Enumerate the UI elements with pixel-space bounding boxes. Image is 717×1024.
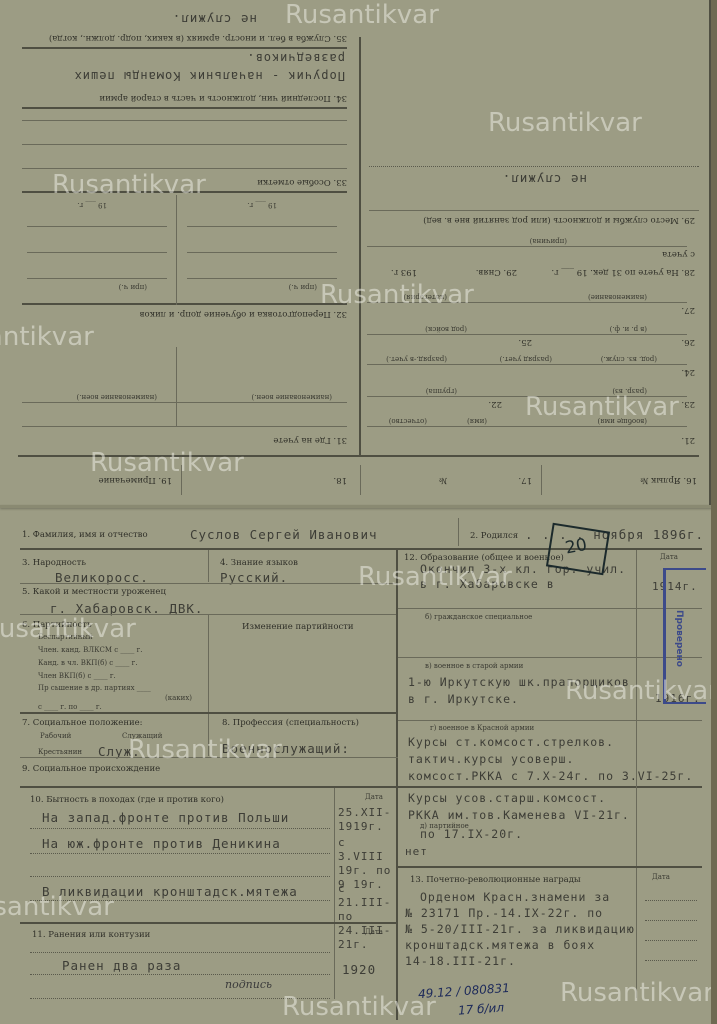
field-29-value: не служил. [502, 172, 587, 187]
field-18-label: 18. [333, 475, 347, 485]
field-11-date: 1920 [342, 962, 376, 977]
field-11-value: Ранен два раза [62, 958, 181, 973]
field-22-label: 22. [488, 399, 502, 409]
field-10-label: 10. Бытность в походах (где и против ког… [30, 795, 224, 805]
field-25-label: 25. [518, 337, 532, 347]
field-24-label: 24. [681, 367, 695, 377]
field-23-label: 23. [681, 399, 695, 409]
fold-line [0, 505, 717, 508]
field-4-label: 4. Знание языков [220, 558, 298, 568]
education-old-army-value: 1-ю Иркутскую шк.прапорщиков в г. Иркутс… [408, 674, 634, 708]
field-13-date-header: Дата [652, 873, 670, 881]
field-31-label: 31. Где на учете [273, 435, 347, 445]
watermark: Rusantikvar [282, 992, 436, 1022]
education-red-army-line-1: Курсы ст.комсост.стрелков. [408, 735, 614, 749]
signature: подпись [225, 978, 272, 991]
field-11-label: 11. Ранения или контузии [32, 930, 150, 940]
field-11-date-header: Дата [365, 928, 383, 936]
field-21-label: 21. [681, 435, 695, 445]
field-3-label: 3. Народность [22, 558, 86, 568]
field-12-date-header: Дата [660, 553, 678, 561]
field-1-value: Суслов Сергей Иванович [190, 527, 378, 542]
award-line-4: кронштадск.мятежа в боях [405, 938, 595, 952]
field-17-no: № [439, 475, 447, 485]
field-33-label: 33. Особые отметки [257, 177, 347, 187]
field-32-label: 32. Переподготовка и обучение допр. и ли… [140, 309, 347, 319]
party-change-label: Изменение партийности [242, 622, 354, 632]
field-9-label: 9. Социальное происхождение [22, 764, 160, 774]
field-28-removed: с учета [662, 249, 695, 259]
education-party-value: нет [405, 845, 428, 858]
education-red-army-line-4: Курсы усов.старш.комсост. [408, 791, 606, 805]
field-34-value: Поручик - начальник Команды пеших развед… [25, 49, 345, 85]
field-1-label: 1. Фамилия, имя и отчество [22, 530, 148, 540]
award-line-5: 14-18.III-21г. [405, 954, 516, 968]
ink-note-line-1: 49.12 / 080831 [418, 981, 511, 1001]
campaign-date-1: 25.XII-1919г. [338, 806, 396, 834]
field-34-label: 34. Последний чин, должность и часть в с… [99, 93, 347, 103]
field-19-label: 19. Примечание [99, 475, 172, 485]
education-red-army-line-3: комсост.РККА с 7.X-24г. по 3.VI-25г. [408, 769, 693, 783]
field-2-label: 2. Родился [470, 531, 518, 541]
card-edge-shadow [711, 0, 717, 1024]
field-5-label: 5. Какой и местности уроженец [22, 587, 166, 597]
field-35-value: не служил. [172, 12, 257, 27]
record-card-sheet: 16. Ярлык № 17. № 18. 19. Примечание 21.… [0, 0, 717, 1024]
field-27-label: 27. [681, 305, 695, 315]
award-line-2: № 23171 Пр.-14.IX-22г. по [405, 906, 603, 920]
field-13-label: 13. Почетно-революционные награды [410, 875, 581, 885]
field-28-year: 193 г. [391, 267, 417, 277]
field-8-label: 8. Профессия (специальность) [222, 718, 359, 728]
campaign-row-2: На юж.фронте против Деникина [42, 836, 281, 851]
education-red-army-line-6: по 17.IX-20г. [420, 827, 523, 841]
field-29-short: 29. Сняв. [476, 267, 517, 277]
field-7-label: 7. Социальное положение: [22, 718, 143, 728]
field-29-label: 29. Место службы и должность (или род за… [423, 215, 695, 225]
award-line-3: № 5-20/III-21г. за ликвидацию [405, 922, 635, 936]
field-28-label: 28. На учете по 31 дек. 19 ___ г. [551, 267, 695, 277]
verification-stamp: Проверено [663, 568, 706, 704]
campaign-date-3: с 21.III-по 24.III-21г. [338, 882, 396, 952]
education-red-army-line-5: РККА им.тов.Каменева VI-21г. [408, 808, 630, 822]
field-16-label: 16. Ярлык № [640, 475, 697, 485]
education-red-army-line-2: тактич.курсы усоверш. [408, 752, 574, 766]
campaign-row-3: В ликвидации кронштадск.мятежа [42, 884, 298, 899]
field-17-label: 17. [518, 475, 532, 485]
campaign-row-1: На запад.фронте против Польши [42, 810, 289, 825]
field-10-date-header: Дата [365, 793, 383, 801]
field-8-value: Военнослужащий: [222, 741, 350, 756]
field-26-label: 26. [681, 337, 695, 347]
award-line-1: Орденом Красн.знамени за [420, 890, 610, 904]
field-6-label: 6. Партийность [22, 620, 92, 630]
ink-note-line-2: 17 б/ил [458, 1000, 505, 1017]
field-35-label: 35. Служба в бел. и иностр. армиях (в ка… [49, 33, 347, 43]
upper-half-inverted: 16. Ярлык № 17. № 18. 19. Примечание 21.… [0, 0, 717, 505]
box-number-stamp: 20 [546, 523, 610, 576]
